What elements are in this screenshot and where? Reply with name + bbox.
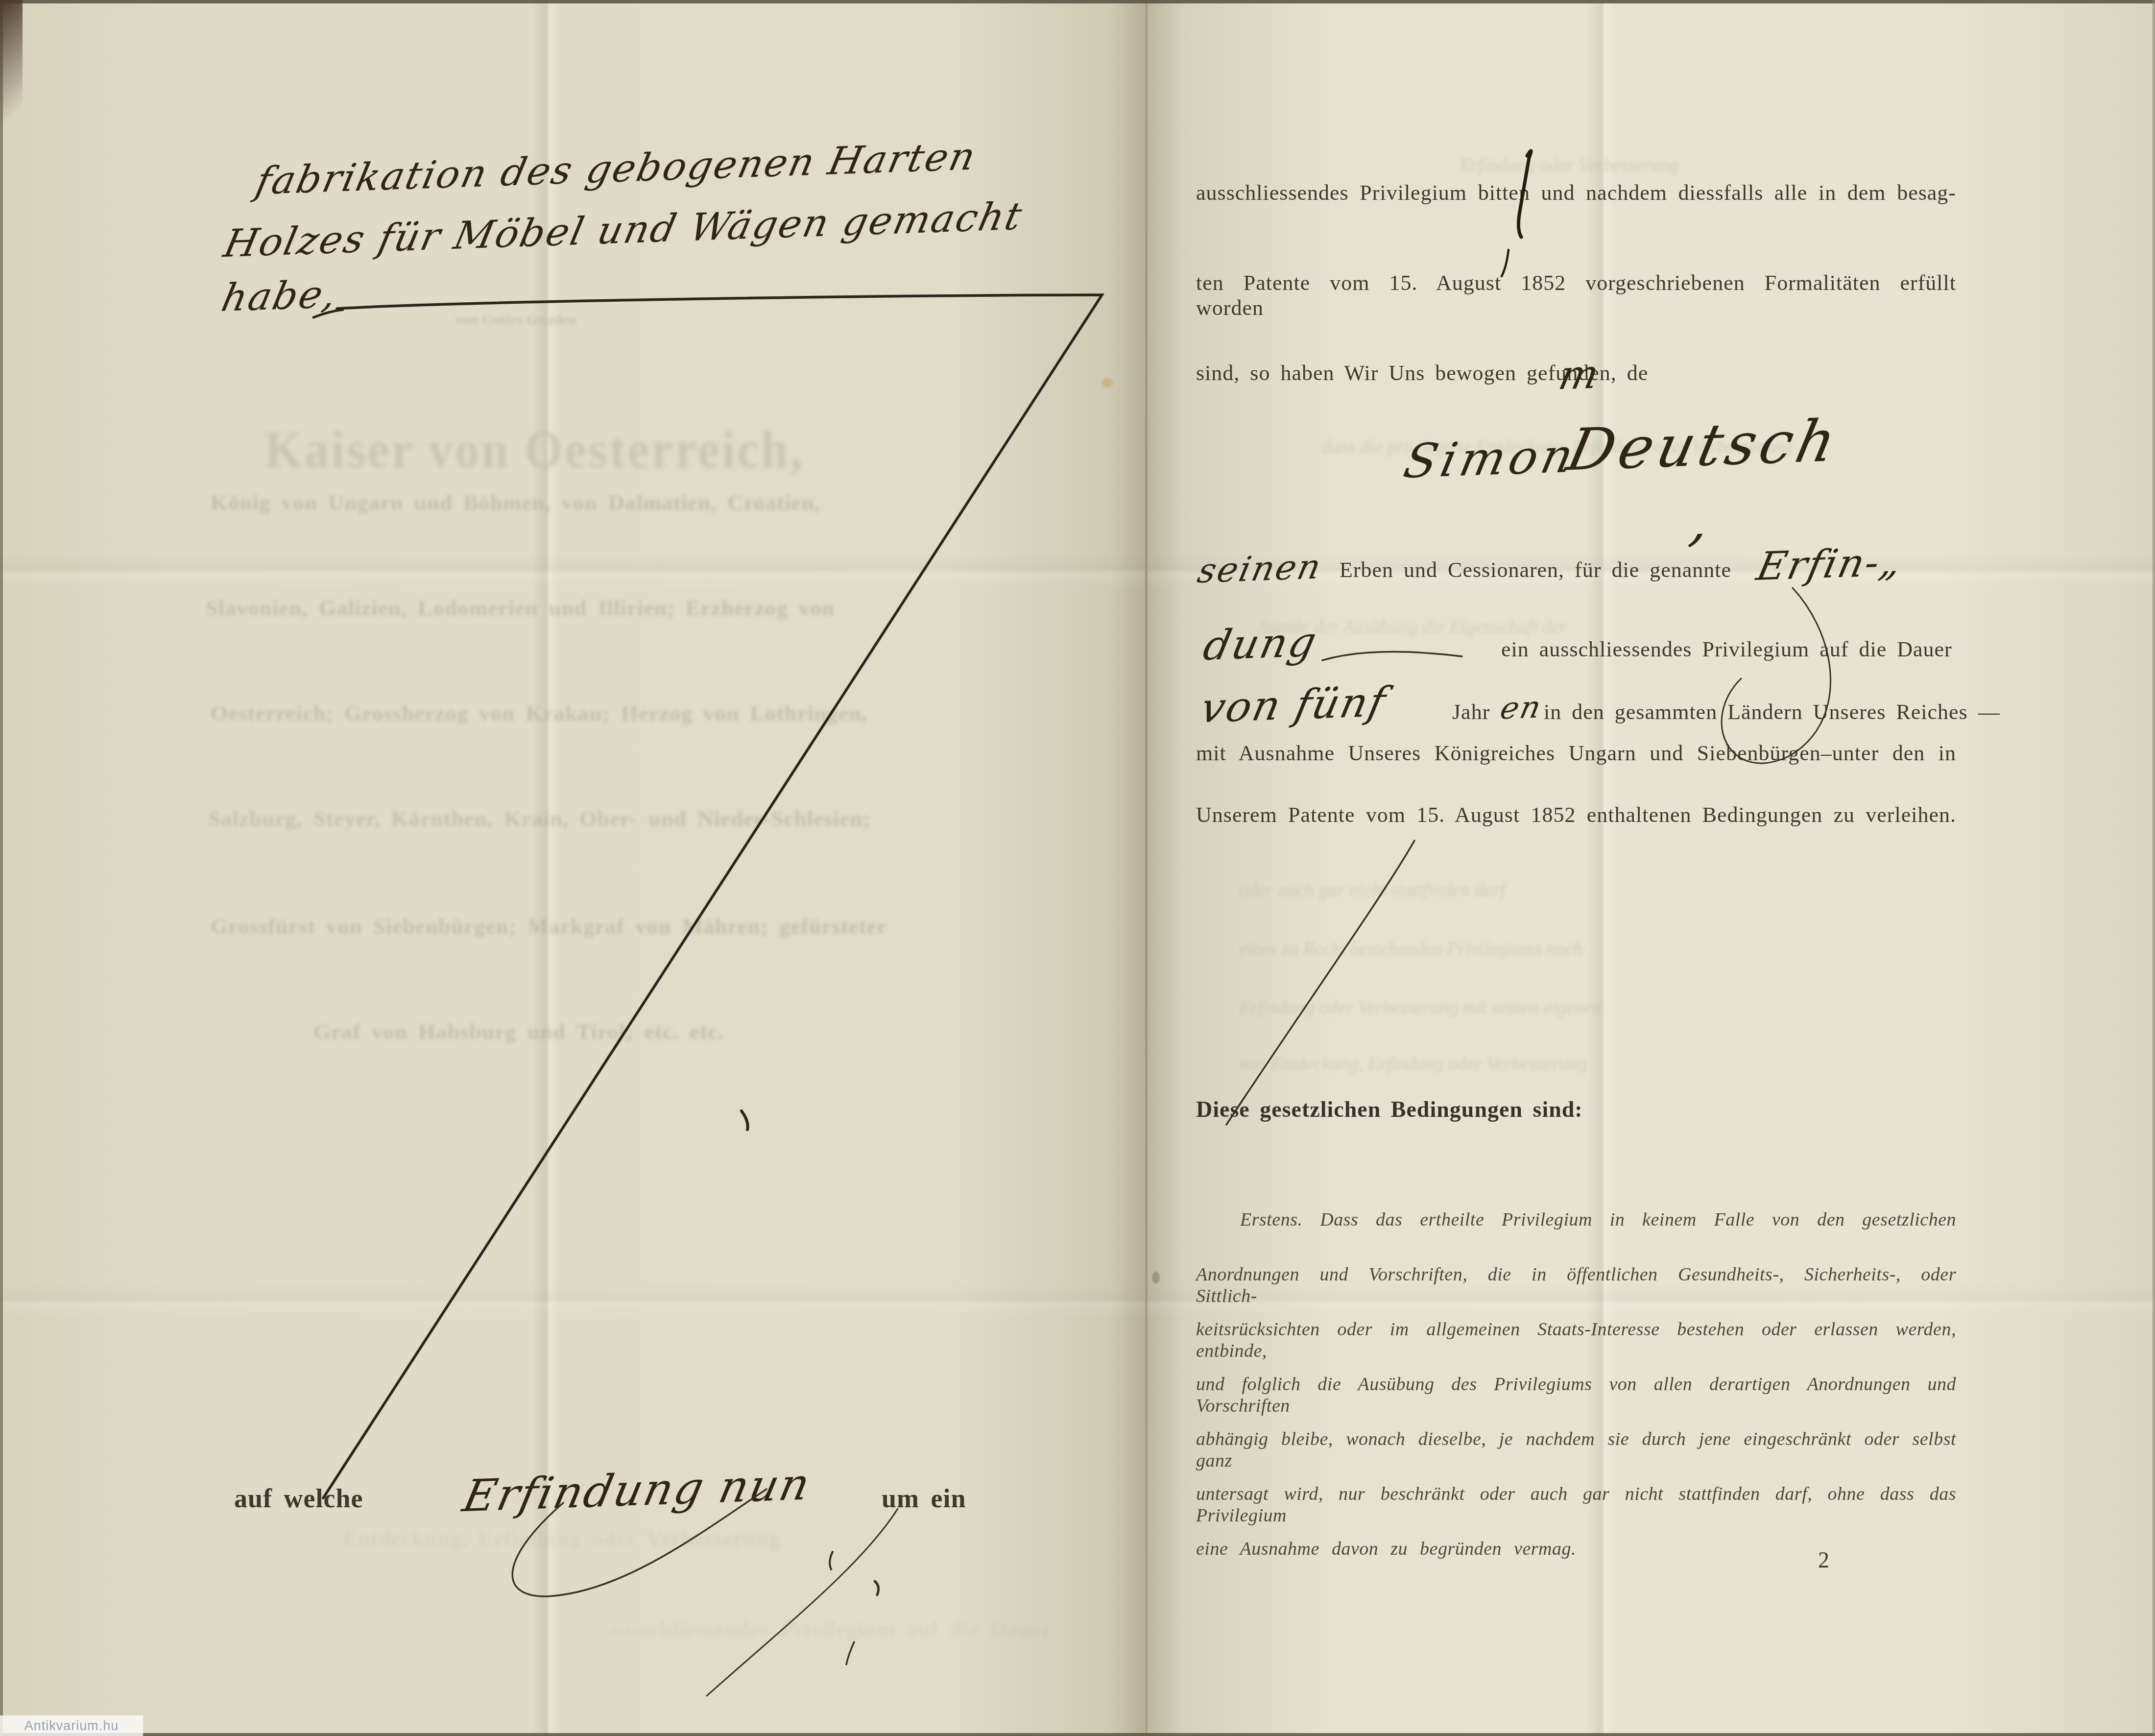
showthrough-titles-line: Oesterreich; Grossherzog von Krakau; Her… xyxy=(211,700,867,726)
handwriting-en-insert: en xyxy=(1497,689,1546,726)
print-um-ein: um ein xyxy=(882,1483,966,1514)
handwriting-seinen: seinen xyxy=(1194,547,1326,591)
showthrough-titles-line: Graf von Habsburg und Tirol; etc. etc. xyxy=(313,1019,724,1044)
print-jahr: Jahr xyxy=(1452,699,1490,724)
showthrough-titles-line: Slavonien, Galizien, Lodomerien und Illi… xyxy=(206,595,835,621)
condition-line: keitsrücksichten oder im allgemeinen Sta… xyxy=(1196,1319,1956,1362)
condition-line: untersagt wird, nur beschränkt oder auch… xyxy=(1196,1483,1956,1526)
showthrough-fragment: von Entdeckung, Erfindung oder Verbesser… xyxy=(1239,1053,1587,1075)
grantee-last-name: Deutsch xyxy=(1561,407,1845,484)
handwriting-dung: dung xyxy=(1199,618,1322,670)
scan-edge-top xyxy=(0,0,2155,3)
showthrough-gottes-gnaden: von Gottes Gnaden xyxy=(455,312,576,328)
print-bedingungen-verleihen: Unserem Patente vom 15. August 1852 enth… xyxy=(1196,802,1956,827)
showthrough-bottom-fragment: ausschliessendes Privilegium auf die Dau… xyxy=(607,1616,1052,1642)
handwriting-von-fuenf: von fünf xyxy=(1197,678,1391,732)
showthrough-titles-line: König von Ungarn und Böhmen, von Dalmati… xyxy=(211,490,820,515)
showthrough-fragment: oder auch gar nicht stattfinden darf xyxy=(1239,879,1506,901)
print-ausschliessendes-privilegium: ein ausschliessendes Privilegium auf die… xyxy=(1501,637,1952,662)
handwriting-line: habe, xyxy=(217,272,342,320)
page-number: 2 xyxy=(1818,1547,1829,1573)
print-erben-cessionaren: Erben und Cessionaren, für die genannte xyxy=(1340,557,1731,582)
condition-line: Erstens. Dass das ertheilte Privilegium … xyxy=(1196,1209,1956,1230)
flourish-dung-dash xyxy=(1322,652,1462,661)
showthrough-fragment: eines zu Recht bestehenden Privilegiums … xyxy=(1239,938,1583,960)
condition-line: Anordnungen und Vorschriften, die in öff… xyxy=(1196,1264,1956,1307)
condition-line: und folglich die Ausübung des Privilegiu… xyxy=(1196,1374,1956,1417)
scan-edge-right xyxy=(2153,0,2155,1736)
watermark-text: Antikvarium.hu xyxy=(24,1718,119,1734)
handwriting-erfin: Erfin-„ xyxy=(1753,539,1907,589)
showthrough-fragment: Erfindung oder Verbesserung xyxy=(1460,154,1679,176)
print-auf-welche: auf welche xyxy=(234,1483,363,1514)
foxing-stain xyxy=(1152,1272,1160,1283)
handwriting-erfindung-nun: Erfindung nun xyxy=(458,1459,816,1522)
pen-tick-bottom-1 xyxy=(830,1552,833,1569)
flourish-erfin-loop xyxy=(1722,588,1830,763)
conditions-heading: Diese gesetzlichen Bedingungen sind: xyxy=(1196,1096,1583,1122)
grantee-first-name: Simon xyxy=(1399,428,1582,489)
handwriting-line: fabrikation des gebogenen Harten xyxy=(252,135,981,204)
watermark-strip: Antikvarium.hu xyxy=(0,1715,143,1736)
print-line-privilegium-bitten: ausschliessendes Privilegium bitten und … xyxy=(1196,180,1956,205)
foxing-stain xyxy=(1102,378,1113,388)
pen-mark-mid-left xyxy=(742,1111,748,1130)
showthrough-kaiser-title: Kaiser von Oesterreich, xyxy=(264,419,804,480)
print-laendern-reiches: in den gesammten Ländern Unseres Reiches… xyxy=(1544,699,2000,724)
print-line-patente-1852: ten Patente vom 15. August 1852 vorgesch… xyxy=(1196,270,1956,320)
showthrough-bottom-fragment: Entdeckung, Erfindung oder Verbesserung xyxy=(343,1526,780,1551)
pen-tick-bottom-3 xyxy=(846,1642,854,1664)
grantee-comma: , xyxy=(1685,489,1718,553)
scan-corner-shadow xyxy=(0,0,23,162)
pen-tick-bottom-2 xyxy=(875,1581,879,1595)
condition-line: abhängig bleibe, wonach dieselbe, je nac… xyxy=(1196,1428,1956,1471)
scan-edge-bottom xyxy=(0,1733,2155,1736)
showthrough-titles-line: Grossfürst von Siebenbürgen; Markgraf vo… xyxy=(211,914,887,939)
page-gutter xyxy=(1145,0,1148,1736)
fold-crease-right-page xyxy=(1587,0,1616,1736)
print-ausnahme-ungarn: mit Ausnahme Unseres Königreiches Ungarn… xyxy=(1196,741,1956,766)
handwriting-line: Holzes für Möbel und Wägen gemacht xyxy=(220,194,1027,266)
showthrough-titles-line: Salzburg, Steyer, Kärnthen, Krain, Ober-… xyxy=(208,806,870,831)
showthrough-fragment: Erfindung oder Verbesserung mit seinen e… xyxy=(1239,997,1602,1018)
condition-line: eine Ausnahme davon zu begründen vermag. xyxy=(1196,1538,1956,1560)
document-scan: von Gottes Gnaden Kaiser von Oesterreich… xyxy=(0,0,2155,1736)
scan-edge-left xyxy=(0,0,3,1736)
